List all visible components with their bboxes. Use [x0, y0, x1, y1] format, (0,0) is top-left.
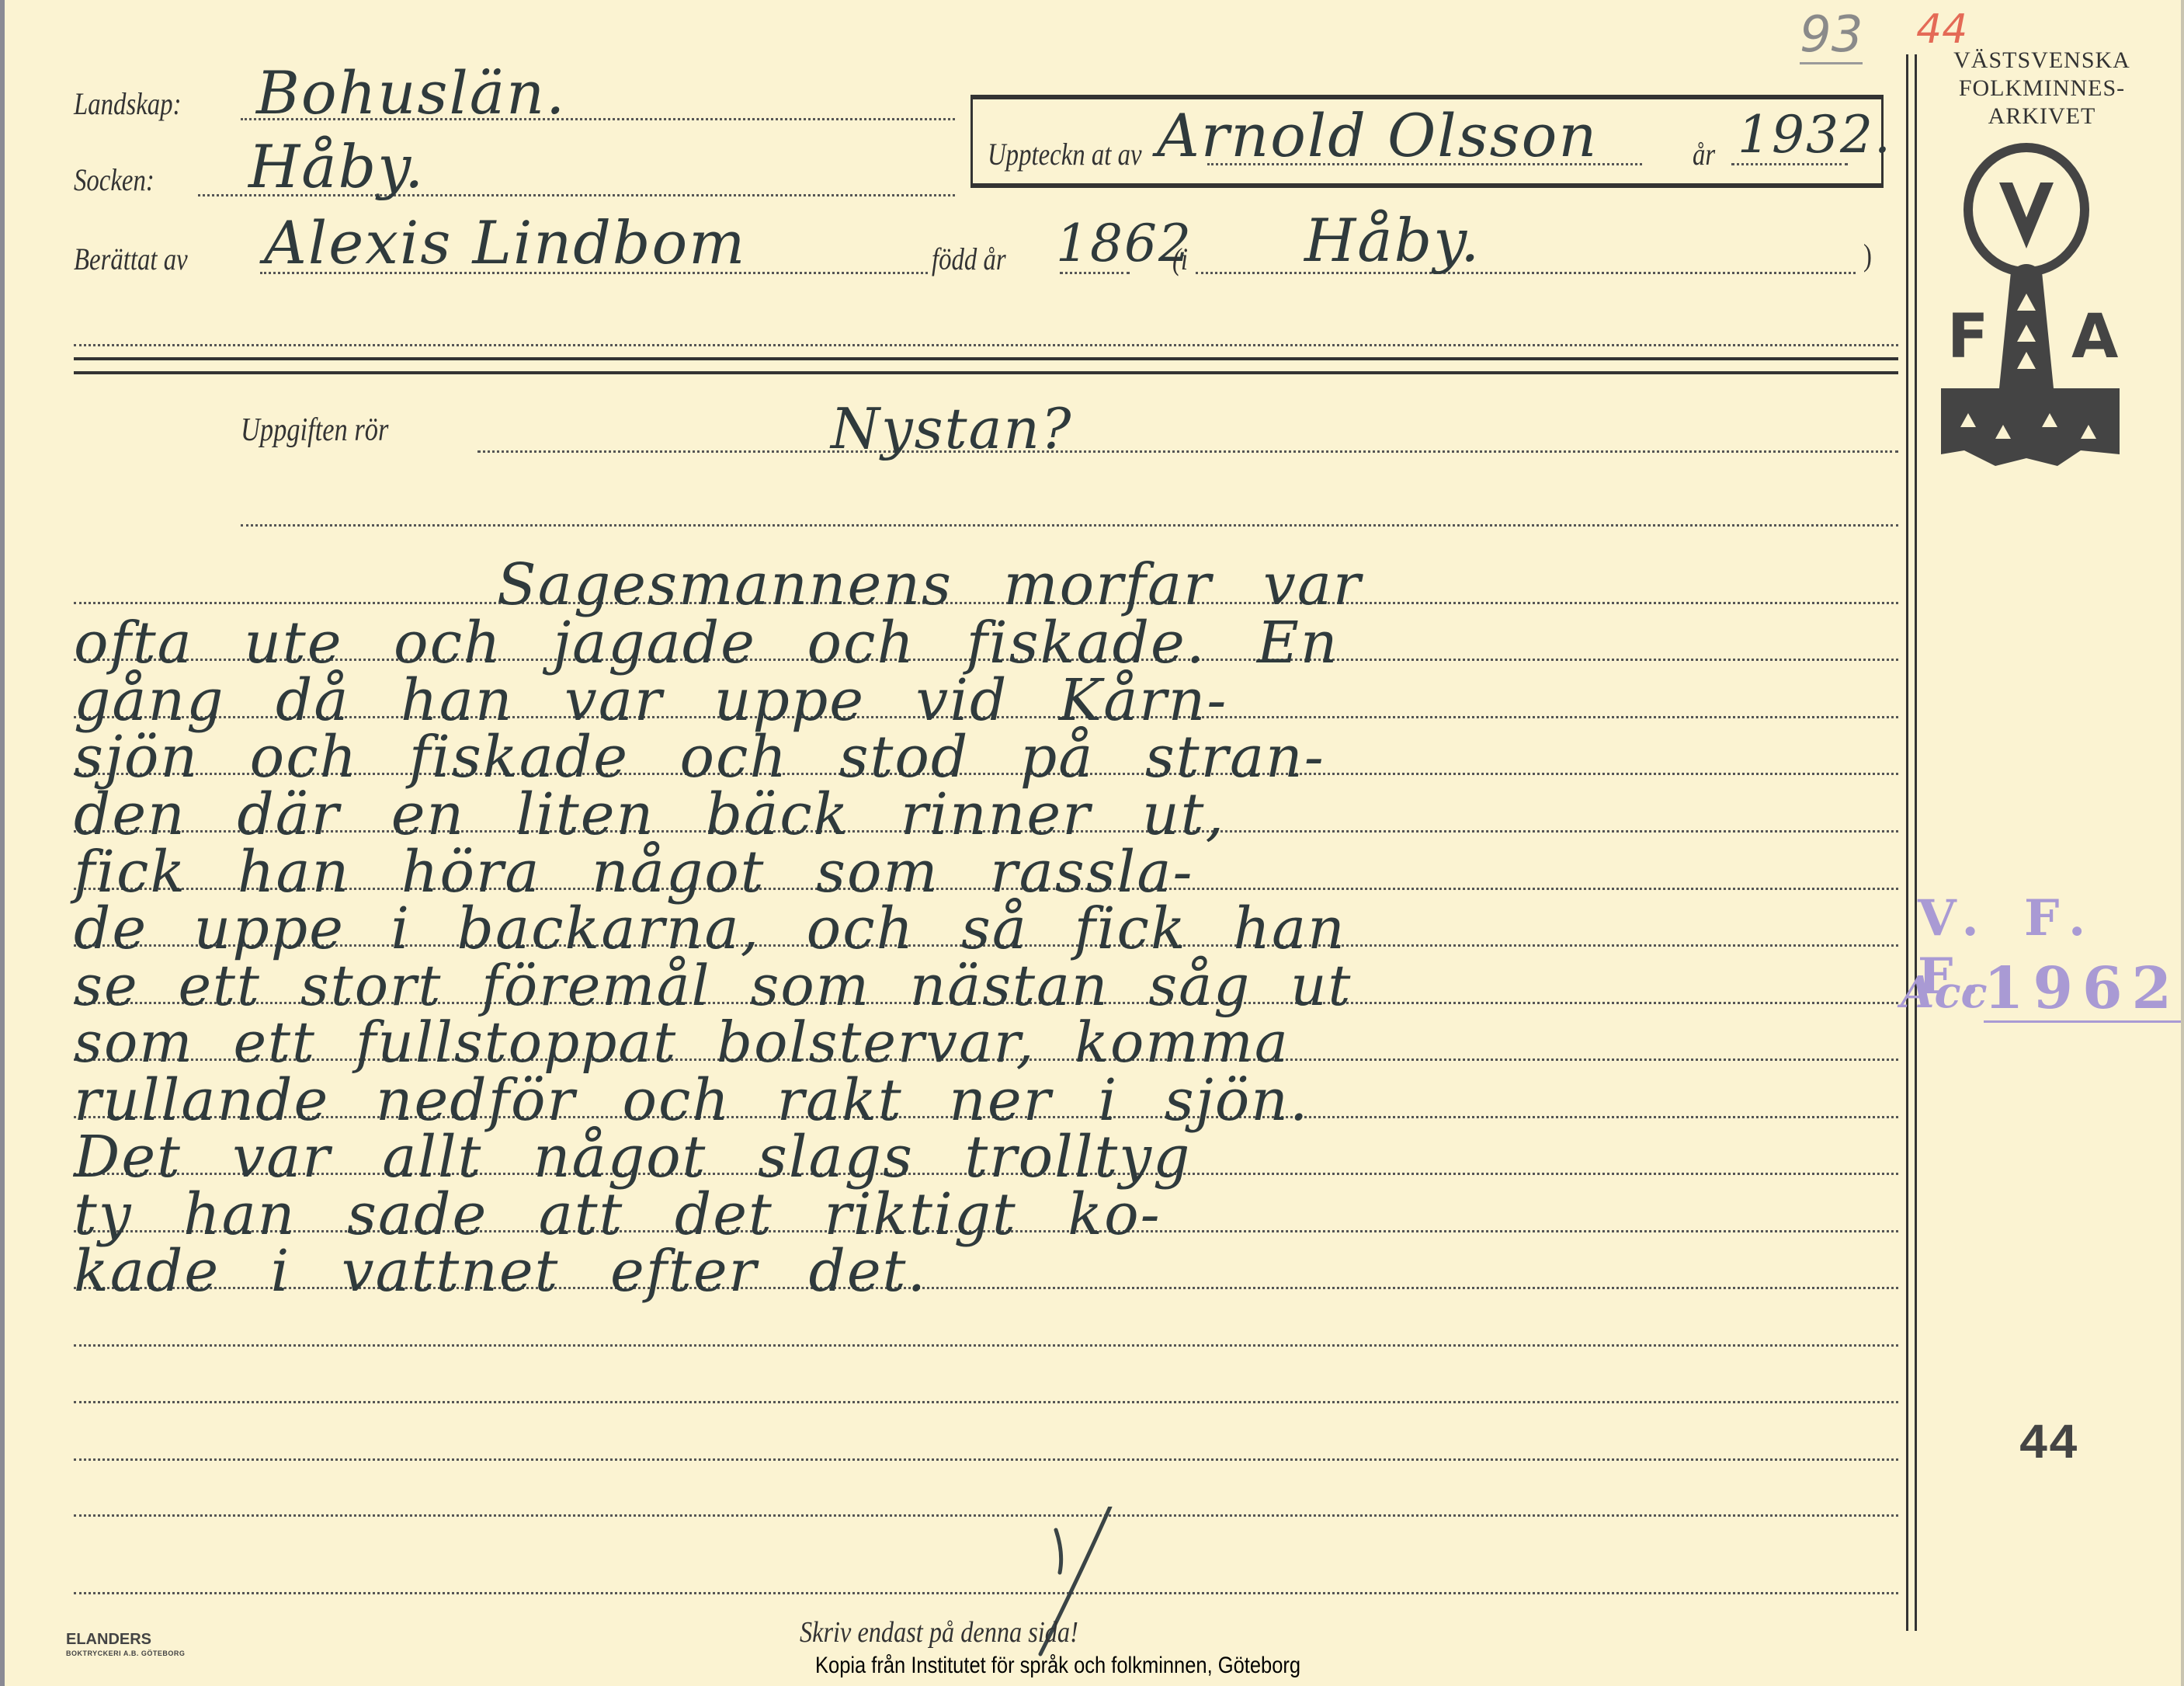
- header-double-rule: [74, 357, 1898, 374]
- archive-name: VÄSTSVENSKA FOLKMINNES- ARKIVET: [1925, 47, 2158, 130]
- uppgiften-value: Nystan?: [831, 396, 1072, 461]
- write-one-side-note: Skriv endast på denna sida!: [800, 1615, 1078, 1649]
- landskap-value: Bohuslän.: [256, 58, 566, 127]
- printer-name: ELANDERS: [66, 1631, 151, 1648]
- extra-line: [74, 344, 1898, 346]
- scan-left-edge: [0, 0, 5, 1686]
- ar-value: 1932.: [1738, 105, 1892, 165]
- ruled-line: [74, 1592, 1898, 1594]
- margin-line-inner: [1906, 54, 1908, 1631]
- fodd-place-open: (i: [1172, 241, 1188, 277]
- landskap-label: Landskap:: [74, 85, 181, 122]
- acc-label: Acc: [1901, 967, 1988, 1018]
- uppgiften-line: [477, 450, 1898, 453]
- body-line-9: som ett fullstoppat bolstervar, komma: [74, 1010, 1290, 1075]
- berattat-label: Berättat av: [74, 241, 188, 277]
- body-line-13: kade i vattnet efter det.: [74, 1238, 927, 1305]
- ar-label: år: [1693, 136, 1715, 172]
- margin-line-outer: [1915, 54, 1917, 1631]
- ruled-line: [74, 1401, 1898, 1403]
- upptecknat-label: Uppteckn at av: [988, 136, 1142, 172]
- ruled-line: [74, 1514, 1898, 1517]
- uppgiften-label: Uppgiften rör: [241, 412, 388, 449]
- printer-mark: ELANDERS BOKTRYCKERI A.B. GÖTEBORG: [66, 1632, 185, 1660]
- archive-name-line-2: FOLKMINNES-: [1925, 75, 2158, 103]
- fodd-place-line: [1196, 272, 1856, 274]
- page-number: 44: [2019, 1417, 2078, 1473]
- socken-value: Håby.: [248, 132, 425, 201]
- ruled-line: [74, 1458, 1898, 1461]
- logo-letter-f: F: [1947, 302, 1988, 372]
- copy-notice: Kopia från Institutet för språk och folk…: [815, 1653, 1300, 1679]
- archive-name-line-3: ARKIVET: [1925, 103, 2158, 130]
- acc-number: 1962: [1984, 957, 2181, 1023]
- fodd-place-value: Håby.: [1304, 206, 1481, 275]
- socken-label: Socken:: [74, 162, 155, 198]
- printer-sub: BOKTRYCKERI A.B. GÖTEBORG: [66, 1646, 185, 1660]
- body-line-1: Sagesmannens morfar var: [497, 551, 1362, 618]
- scan-right-edge: [2181, 0, 2184, 1686]
- uppgiften-line-2: [241, 524, 1898, 527]
- fodd-place-close: ): [1863, 237, 1872, 273]
- berattat-value: Alexis Lindbom: [264, 208, 746, 277]
- upptecknat-value: Arnold Olsson: [1157, 101, 1598, 170]
- fodd-label: född år: [932, 241, 1006, 277]
- thors-hammer-logo-icon: F A: [1925, 132, 2158, 474]
- archive-name-line-1: VÄSTSVENSKA: [1925, 47, 2158, 75]
- body-line-8: se ett stort föremål som nästan såg ut: [74, 953, 1352, 1018]
- pencil-number: 93: [1800, 8, 1863, 64]
- logo-letter-a: A: [2071, 302, 2118, 372]
- ruled-line: [74, 1344, 1898, 1347]
- red-number: 44: [1916, 6, 1967, 53]
